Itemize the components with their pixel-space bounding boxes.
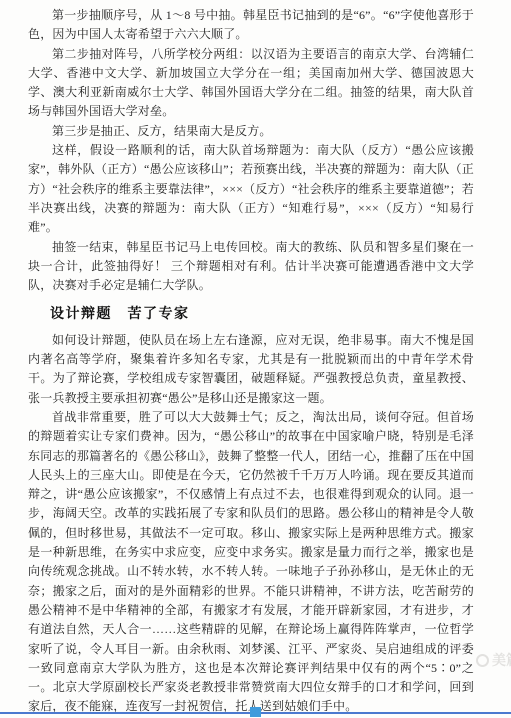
paragraph: 第二步抽对阵号，八所学校分两组：以汉语为主要语言的南京大学、台湾辅仁大学、香港中… bbox=[28, 45, 474, 122]
paragraph: 这样，假设一路顺利的话，南大队首场辩题为：南大队（反方）“愚公应该搬家”，韩外队… bbox=[28, 141, 474, 237]
paragraph: 抽签一结束，韩星臣书记马上电传回校。南大的教练、队员和智多星们聚在一块一合计，此… bbox=[28, 238, 474, 296]
slider-handle[interactable] bbox=[250, 707, 261, 717]
meipian-logo-icon bbox=[476, 654, 489, 667]
meipian-watermark-label: 美篇 bbox=[492, 650, 511, 670]
paragraph: 第一步抽顺序号，从 1～8 号中抽。韩星臣书记抽到的是“6”。“6”字使他喜形于… bbox=[28, 6, 474, 45]
paragraph: 首战非常重要，胜了可以大大鼓舞士气；反之，淘汰出局，谈何夺冠。但首场的辩题着实让… bbox=[28, 408, 474, 717]
book-page: 第一步抽顺序号，从 1～8 号中抽。韩星臣书记抽到的是“6”。“6”字使他喜形于… bbox=[0, 0, 511, 718]
article-body: 第一步抽顺序号，从 1～8 号中抽。韩星臣书记抽到的是“6”。“6”字使他喜形于… bbox=[28, 6, 474, 717]
meipian-watermark: 美篇 bbox=[476, 650, 511, 670]
section-heading: 设计辩题 苦了专家 bbox=[28, 304, 474, 323]
paragraph: 第三步是抽正、反方，结果南大是反方。 bbox=[28, 122, 474, 141]
paragraph: 如何设计辩题，使队员在场上左右逢源，应对无误，绝非易事。南大不愧是国内著名高等学… bbox=[28, 331, 474, 408]
